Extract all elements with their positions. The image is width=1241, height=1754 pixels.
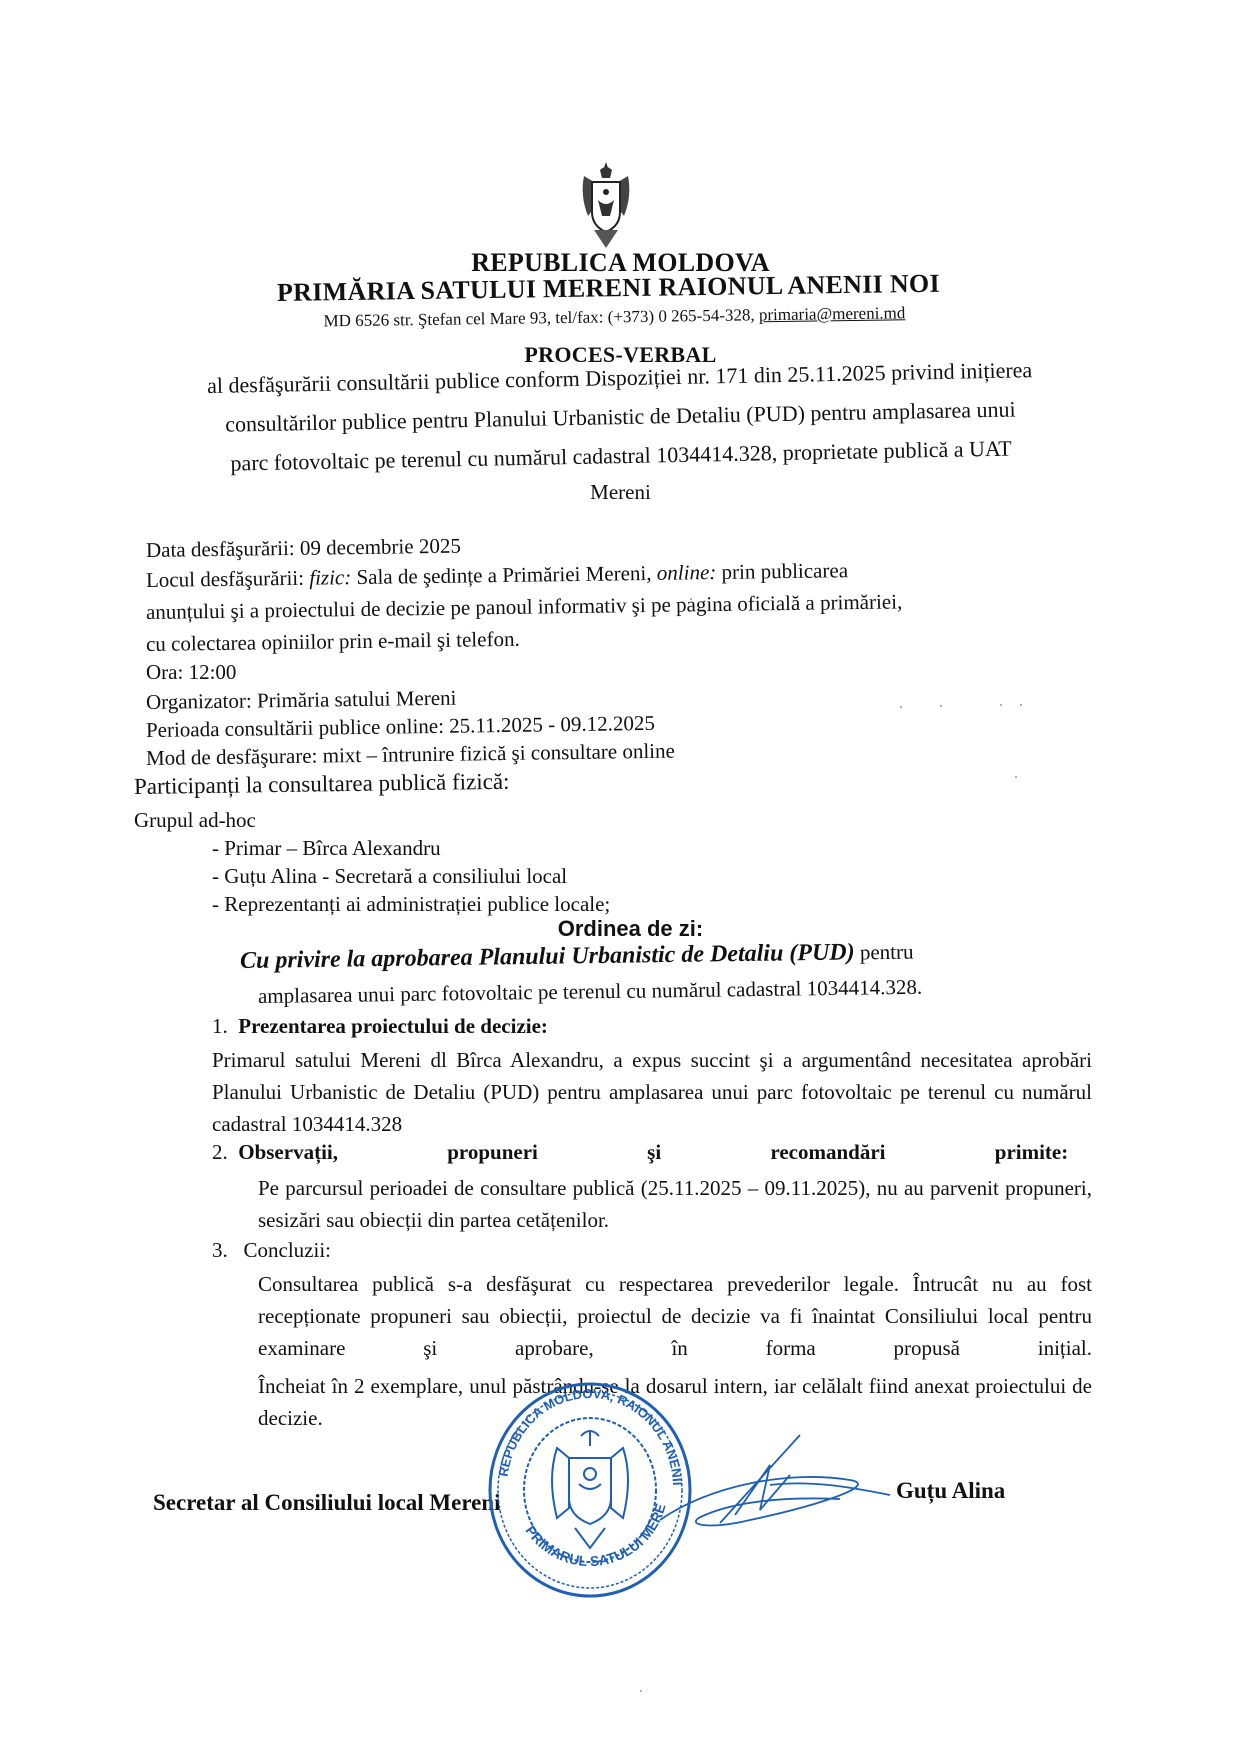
section-2-title: 2. Observații, propuneri şi recomandări … — [212, 1140, 1092, 1165]
scan-artifact — [1020, 704, 1022, 706]
section-2-body: Pe parcursul perioadei de consultare pub… — [258, 1172, 1092, 1236]
participants-group: Grupul ad-hoc — [134, 808, 256, 833]
svg-text:PRIMARUL SATULUI MERENI: PRIMARUL SATULUI MERENI — [485, 1378, 669, 1569]
scan-artifact — [900, 706, 902, 708]
meeting-date: Data desfăşurării: 09 decembrie 2025 — [146, 534, 461, 563]
consultation-period: Perioada consultării publice online: 25.… — [146, 711, 655, 743]
section-1-body: Primarul satului Mereni dl Bîrca Alexand… — [212, 1044, 1092, 1140]
section-3-title: 3. Concluzii: — [212, 1238, 331, 1263]
scan-artifact — [940, 705, 942, 707]
agenda-heading: Ordinea de zi: — [10, 916, 1241, 942]
participants-heading: Participanți la consultarea publică fizi… — [134, 769, 510, 800]
scan-artifact — [690, 598, 692, 600]
participant-item: - Guțu Alina - Secretară a consiliului l… — [212, 864, 567, 889]
section-1-title: 1. Prezentarea proiectului de decizie: — [212, 1014, 548, 1039]
scan-artifact — [1015, 776, 1017, 778]
consultation-mode: Mod de desfăşurare: mixt – întrunire fiz… — [146, 739, 675, 771]
agenda-subject: Cu privire la aprobarea Planului Urbanis… — [240, 939, 914, 975]
handwritten-signature — [650, 1425, 900, 1535]
document-subtitle: al desfăşurării consultării publice conf… — [0, 346, 1241, 487]
scan-artifact — [640, 1690, 642, 1692]
subtitle-line: Mereni — [0, 480, 1241, 505]
moldova-coat-of-arms-icon — [578, 160, 634, 250]
address-text: MD 6526 str. Ştefan cel Mare 93, tel/fax… — [323, 305, 759, 330]
document-page: REPUBLICA MOLDOVA PRIMĂRIA SATULUI MEREN… — [0, 0, 1241, 1754]
participant-item: - Primar – Bîrca Alexandru — [212, 836, 441, 861]
signatory-name: Guțu Alina — [896, 1478, 1005, 1504]
email-link[interactable]: primaria@mereni.md — [759, 303, 906, 324]
meeting-time: Ora: 12:00 — [146, 660, 236, 685]
meeting-place-line2: anunțului şi a proiectului de decizie pe… — [146, 589, 903, 625]
stamp-text-bottom: PRIMARUL SATULUI MERENI — [485, 1378, 669, 1569]
participant-item: - Reprezentanți ai administrației public… — [212, 892, 610, 917]
scan-artifact — [1000, 704, 1002, 706]
signatory-role: Secretar al Consiliului local Mereni — [153, 1490, 501, 1516]
organizer: Organizator: Primăria satului Mereni — [146, 686, 457, 715]
agenda-subject-line2: amplasarea unui parc fotovoltaic pe tere… — [258, 975, 922, 1009]
section-3-body: Consultarea publică s-a desfăşurat cu re… — [258, 1268, 1092, 1364]
meeting-place: Locul desfăşurării: fizic: Sala de şedin… — [146, 558, 848, 593]
meeting-place-line3: cu colectarea opiniilor prin e-mail şi t… — [146, 627, 520, 657]
